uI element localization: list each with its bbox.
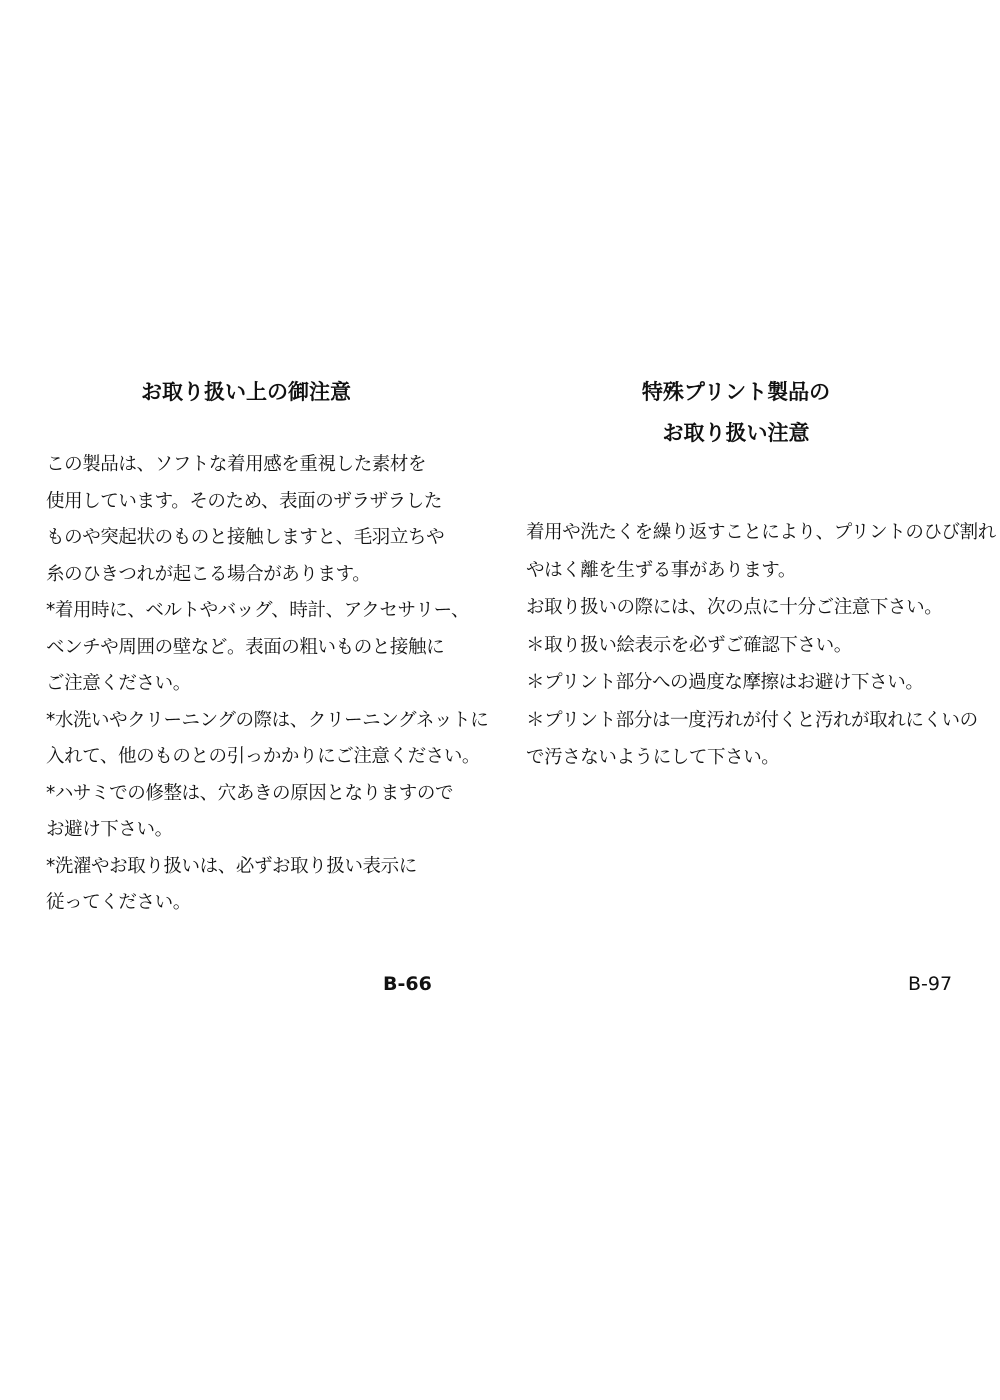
left-page-code: B-66 bbox=[383, 973, 432, 995]
care-notice-panel-left: お取り扱い上の御注意 この製品は、ソフトな着用感を重視した素材を 使用しています… bbox=[46, 372, 466, 922]
right-page-code: B-97 bbox=[908, 973, 952, 995]
right-panel-body: 着用や洗たくを繰り返すことにより、プリントのひび割れ やはく離を生ずる事がありま… bbox=[526, 514, 976, 777]
right-panel-title-line-2: お取り扱い注意 bbox=[526, 413, 946, 454]
body-line: ＊プリント部分は一度汚れが付くと汚れが取れにくいの bbox=[526, 702, 976, 740]
body-line: 使用しています。そのため、表面のザラザラした bbox=[46, 484, 466, 521]
body-line: *着用時に、ベルトやバッグ、時計、アクセサリー、 bbox=[46, 593, 466, 630]
body-line: 入れて、他のものとの引っかかりにご注意ください。 bbox=[46, 739, 466, 776]
right-panel-title-line-1: 特殊プリント製品の bbox=[526, 372, 946, 413]
body-line: で汚さないようにして下さい。 bbox=[526, 739, 976, 777]
body-line: ベンチや周囲の壁など。表面の粗いものと接触に bbox=[46, 630, 466, 667]
print-care-notice-panel-right: 特殊プリント製品の お取り扱い注意 着用や洗たくを繰り返すことにより、プリントの… bbox=[526, 372, 976, 777]
body-line: 従ってください。 bbox=[46, 885, 466, 922]
body-line: 着用や洗たくを繰り返すことにより、プリントのひび割れ bbox=[526, 514, 976, 552]
left-panel-title: お取り扱い上の御注意 bbox=[56, 372, 436, 412]
body-line: この製品は、ソフトな着用感を重視した素材を bbox=[46, 447, 466, 484]
body-line: やはく離を生ずる事があります。 bbox=[526, 552, 976, 590]
body-line: 糸のひきつれが起こる場合があります。 bbox=[46, 557, 466, 594]
body-line: *ハサミでの修整は、穴あきの原因となりますので bbox=[46, 776, 466, 813]
body-line: お取り扱いの際には、次の点に十分ご注意下さい。 bbox=[526, 589, 976, 627]
body-line: お避け下さい。 bbox=[46, 812, 466, 849]
body-line: *洗濯やお取り扱いは、必ずお取り扱い表示に bbox=[46, 849, 466, 886]
left-panel-body: この製品は、ソフトな着用感を重視した素材を 使用しています。そのため、表面のザラ… bbox=[46, 447, 466, 922]
body-line: ＊プリント部分への過度な摩擦はお避け下さい。 bbox=[526, 664, 976, 702]
body-line: ＊取り扱い絵表示を必ずご確認下さい。 bbox=[526, 627, 976, 665]
body-line: *水洗いやクリーニングの際は、クリーニングネットに bbox=[46, 703, 466, 740]
body-line: ものや突起状のものと接触しますと、毛羽立ちや bbox=[46, 520, 466, 557]
body-line: ご注意ください。 bbox=[46, 666, 466, 703]
